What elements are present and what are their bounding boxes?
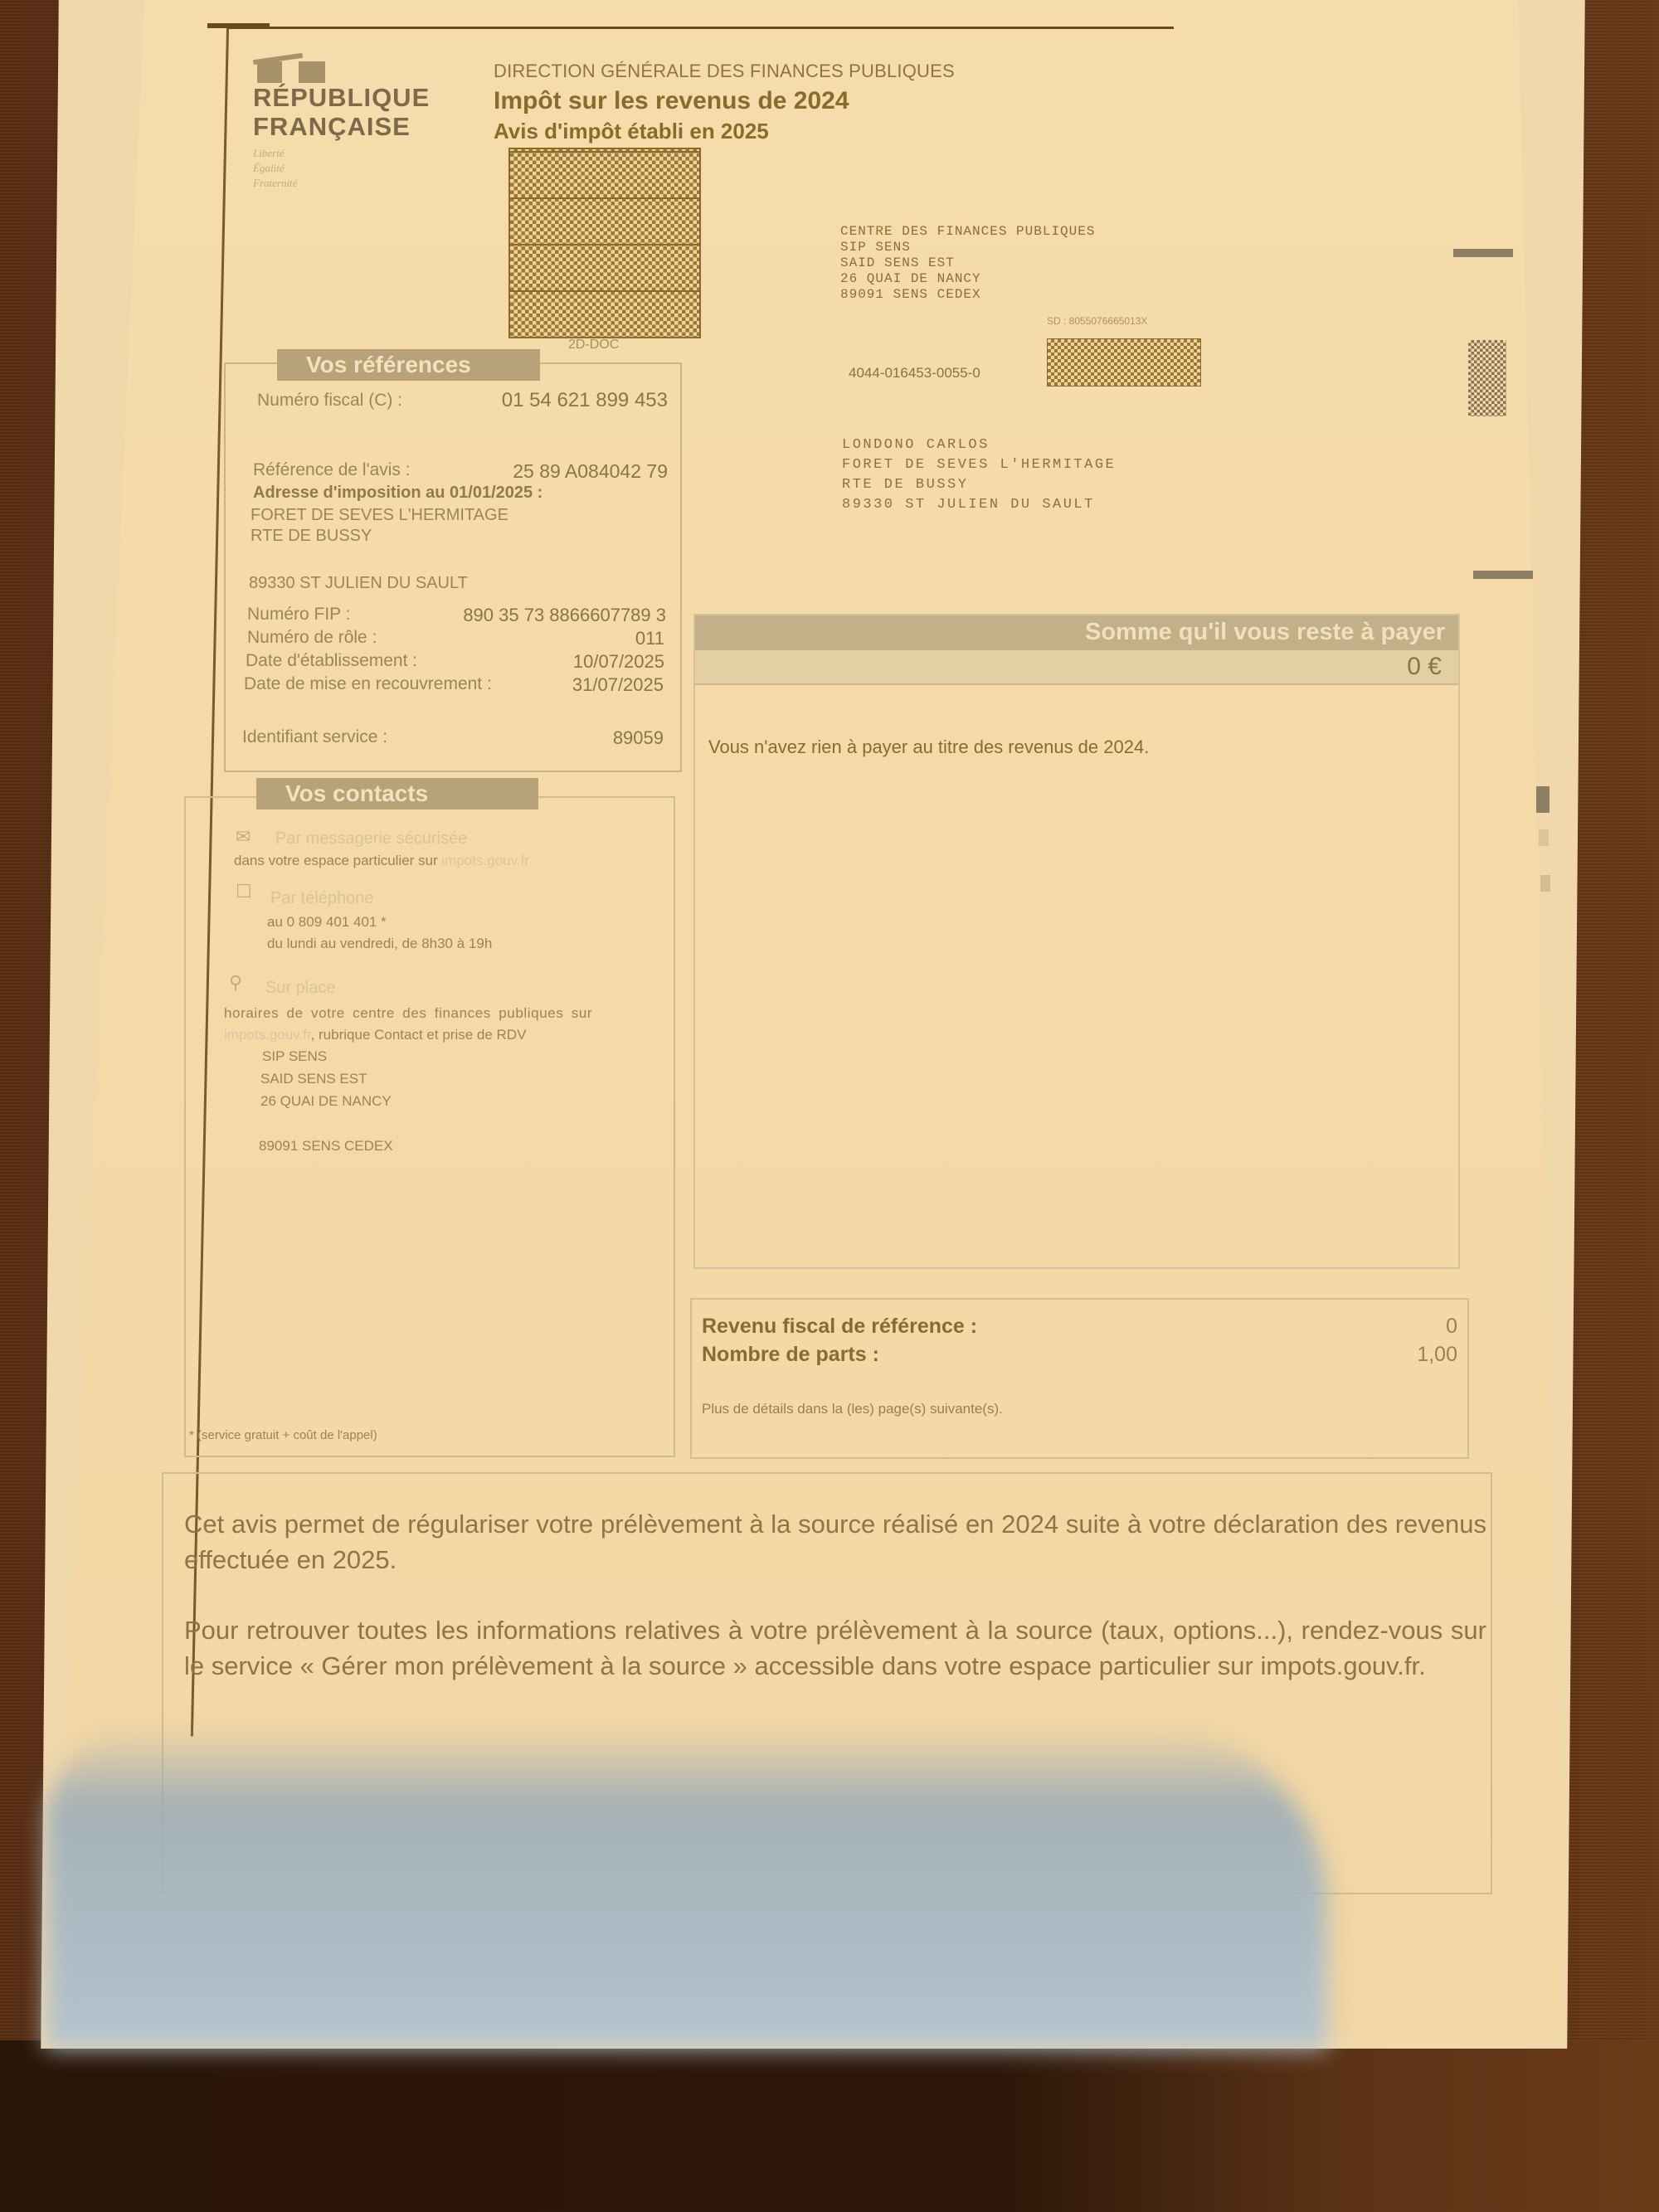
issuer: DIRECTION GÉNÉRALE DES FINANCES PUBLIQUE… [494, 61, 955, 82]
date-etablissement-value: 10/07/2025 [573, 651, 664, 673]
onsite-text-2-body: , rubrique Contact et prise de RDV [311, 1027, 527, 1043]
logo-line-2: FRANÇAISE [253, 112, 430, 141]
identifiant-service-row: Identifiant service : 89059 [242, 727, 664, 747]
2d-doc-barcode [508, 148, 701, 338]
date-etablissement-label: Date d'établissement : [246, 651, 417, 671]
phone-title: Par téléphone [270, 889, 374, 908]
identifiant-service-value: 89059 [613, 727, 664, 749]
logo-motto: Liberté Égalité Fraternité [253, 146, 430, 191]
role-label: Numéro de rôle : [247, 628, 377, 648]
date-recouvrement-value: 31/07/2025 [572, 674, 664, 696]
document-title: Impôt sur les revenus de 2024 [494, 87, 955, 115]
tax-office-line: SAID SENS EST [840, 255, 1095, 271]
fip-value: 890 35 73 8866607789 3 [463, 605, 666, 626]
recipient-line: 89330 ST JULIEN DU SAULT [842, 495, 1116, 515]
recipient-name: LONDONO CARLOS [842, 435, 1116, 455]
marianne-icon [253, 56, 332, 83]
info-paragraph-2: Pour retrouver toutes les informations r… [184, 1612, 1486, 1684]
info-paragraph-1: Cet avis permet de régulariser votre pré… [184, 1506, 1486, 1578]
mailbox-icon: ✉ [236, 826, 251, 848]
parts-label: Nombre de parts : [702, 1343, 879, 1366]
phone-footnote: * (service gratuit + coût de l'appel) [189, 1428, 377, 1442]
amount-due-row: 0 € [695, 650, 1458, 685]
numero-fiscal-row: Numéro fiscal (C) : 01 54 621 899 453 [257, 391, 668, 411]
recipient-address: LONDONO CARLOS FORET DE SEVES L'HERMITAG… [842, 435, 1116, 515]
messaging-text-body: dans votre espace particulier sur [234, 853, 441, 868]
onsite-title: Sur place [265, 979, 336, 998]
reference-avis-label: Référence de l'avis : [253, 460, 411, 480]
numero-fiscal-label: Numéro fiscal (C) : [257, 391, 402, 411]
numero-fiscal-value: 01 54 621 899 453 [502, 389, 668, 412]
tax-office-line: SIP SENS [840, 240, 1095, 255]
document-header: DIRECTION GÉNÉRALE DES FINANCES PUBLIQUE… [494, 61, 955, 144]
rfr-row: Revenu fiscal de référence : 0 [702, 1315, 1457, 1339]
references-panel: Vos références Numéro fiscal (C) : 01 54… [224, 362, 682, 772]
amount-due-value: 0 € [1407, 653, 1442, 681]
role-value: 011 [635, 628, 664, 649]
barcode-label: 2D-DOC [568, 338, 619, 352]
tax-office-address: CENTRE DES FINANCES PUBLIQUES SIP SENS S… [840, 224, 1095, 303]
mailing-reference-code: 4044-016453-0055-0 [849, 365, 980, 382]
sort-mark [1539, 829, 1549, 846]
messaging-text: dans votre espace particulier sur impots… [234, 853, 529, 869]
background-shadow-area [0, 2040, 1659, 2212]
tax-office-line: CENTRE DES FINANCES PUBLIQUES [840, 224, 1095, 240]
adresse-imposition-label: Adresse d'imposition au 01/01/2025 : [253, 484, 542, 503]
motto-liberte: Liberté [253, 146, 430, 161]
office-line: 26 QUAI DE NANCY [260, 1093, 392, 1110]
adresse-line: RTE DE BUSSY [251, 527, 372, 546]
revenue-panel: Revenu fiscal de référence : 0 Nombre de… [690, 1298, 1469, 1459]
tax-office-line: 26 QUAI DE NANCY [840, 271, 1095, 287]
motto-fraternite: Fraternité [253, 176, 430, 191]
frame-top-rule [228, 27, 1174, 29]
date-recouvrement-row: Date de mise en recouvrement : 31/07/202… [244, 674, 664, 694]
reference-avis-value: 25 89 A084042 79 [513, 460, 668, 483]
contacts-panel: Vos contacts ✉ Par messagerie sécurisée … [184, 796, 675, 1457]
impots-link[interactable]: impots.gouv.fr [224, 1027, 311, 1043]
republique-francaise-logo: RÉPUBLIQUE FRANÇAISE Liberté Égalité Fra… [253, 56, 430, 191]
fold-mark [1453, 249, 1513, 257]
identifiant-service-label: Identifiant service : [242, 727, 387, 747]
fip-label: Numéro FIP : [247, 605, 350, 625]
amount-due-panel: Somme qu'il vous reste à payer 0 € Vous … [693, 614, 1460, 1269]
adresse-line: FORET DE SEVES L'HERMITAGE [251, 506, 508, 525]
amount-due-message: Vous n'avez rien à payer au titre des re… [708, 737, 1149, 758]
recipient-line: FORET DE SEVES L'HERMITAGE [842, 455, 1116, 475]
role-row: Numéro de rôle : 011 [247, 628, 664, 648]
office-line: 89091 SENS CEDEX [259, 1138, 393, 1155]
office-line: SIP SENS [262, 1048, 327, 1065]
date-etablissement-row: Date d'établissement : 10/07/2025 [246, 651, 664, 671]
location-pin-icon: ⚲ [229, 972, 242, 994]
onsite-text: horaires de votre centre des finances pu… [224, 1005, 592, 1022]
parts-value: 1,00 [1417, 1343, 1457, 1367]
date-recouvrement-label: Date de mise en recouvrement : [244, 674, 492, 694]
tax-office-line: 89091 SENS CEDEX [840, 287, 1095, 303]
fold-mark [1473, 571, 1533, 579]
parts-row: Nombre de parts : 1,00 [702, 1343, 1457, 1367]
rfr-value: 0 [1446, 1315, 1457, 1339]
document-subtitle: Avis d'impôt établi en 2025 [494, 119, 955, 144]
logo-line-1: RÉPUBLIQUE [253, 83, 430, 112]
sort-mark [1540, 875, 1550, 892]
office-line: SAID SENS EST [260, 1071, 367, 1087]
sort-mark [1536, 786, 1550, 813]
onsite-text-2: impots.gouv.fr, rubrique Contact et pris… [224, 1027, 526, 1043]
rfr-label: Revenu fiscal de référence : [702, 1315, 977, 1338]
adresse-line: 89330 ST JULIEN DU SAULT [249, 574, 468, 593]
phone-icon: ☐ [236, 881, 252, 902]
details-note: Plus de détails dans la (les) page(s) su… [702, 1401, 1003, 1417]
photo-shadow [46, 1725, 1327, 2049]
sd-code: SD : 8055076665013X [1047, 315, 1147, 327]
references-title: Vos références [277, 349, 540, 381]
recipient-line: RTE DE BUSSY [842, 475, 1116, 495]
reference-avis-row: Référence de l'avis : 25 89 A084042 79 [253, 460, 668, 480]
contacts-title: Vos contacts [256, 778, 538, 809]
fip-row: Numéro FIP : 890 35 73 8866607789 3 [247, 605, 666, 625]
phone-hours: du lundi au vendredi, de 8h30 à 19h [267, 936, 492, 952]
side-datamatrix [1468, 340, 1506, 416]
phone-number: au 0 809 401 401 * [267, 914, 387, 931]
datamatrix-barcode [1047, 338, 1201, 386]
amount-due-header: Somme qu'il vous reste à payer [695, 615, 1458, 650]
messaging-title: Par messagerie sécurisée [275, 829, 467, 848]
impots-link[interactable]: impots.gouv.fr [441, 853, 529, 868]
amount-due-title: Somme qu'il vous reste à payer [1085, 619, 1445, 646]
motto-egalite: Égalité [253, 161, 430, 176]
